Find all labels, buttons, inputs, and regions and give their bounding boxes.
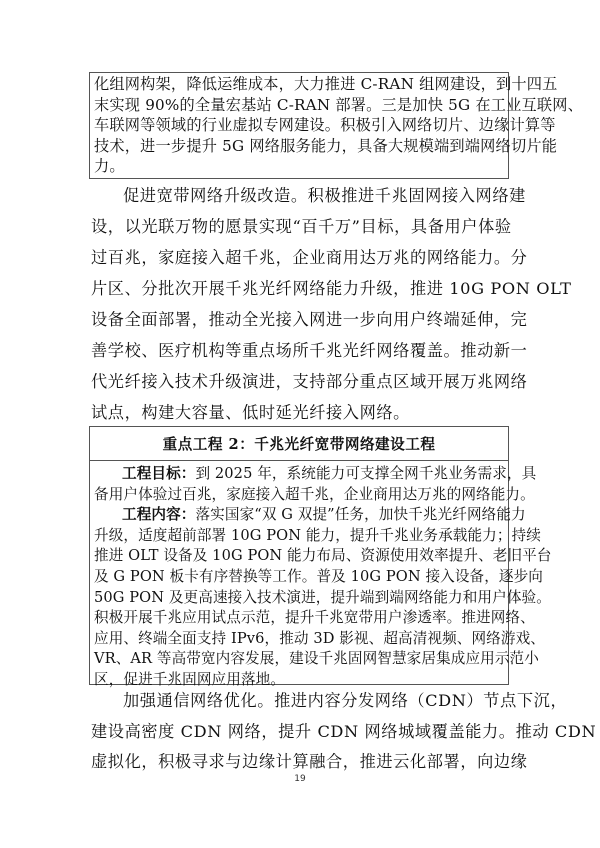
key-project-box: 重点工程 2：千兆光纤宽带网络建设工程 工程目标：到 2025 年，系统能力可支…	[89, 426, 509, 685]
project-content-text: 落实国家“双 G 双提”任务，加快千兆光纤网络能力	[195, 506, 525, 523]
box-text-line: 车联网等领域的行业虚拟专网建设。积极引入网络切片、边缘计算等	[94, 115, 504, 136]
project-goal-line: 备用户体验过百兆，家庭接入超千兆，企业商用达万兆的网络能力。	[94, 485, 504, 506]
paragraph-line: 设，以光联万物的愿景实现“百千万”目标，具备用户体验	[91, 211, 507, 242]
document-page: 化组网构架，降低运维成本，大力推进 C-RAN 组网建设，到十四五 末实现 90…	[0, 0, 600, 848]
box-text-line: 力。	[94, 156, 504, 177]
project-content-label: 工程内容：	[122, 506, 195, 523]
project-content-line: VR、AR 等高带宽内容发展，建设千兆固网智慧家居集成应用示范小	[94, 649, 504, 670]
project-content-line: 推进 OLT 设备及 10G PON 能力布局、资源使用效率提升、老旧平台	[94, 546, 504, 567]
project-content-line: 及 G PON 板卡有序替换等工作。普及 10G PON 接入设备，逐步向	[94, 567, 504, 588]
box-text-line: 末实现 90%的全量宏基站 C-RAN 部署。三是加快 5G 在工业互联网、	[94, 95, 504, 116]
key-project-title: 重点工程 2：千兆光纤宽带网络建设工程	[90, 427, 508, 461]
paragraph-line: 虚拟化，积极寻求与边缘计算融合，推进云化部署，向边缘	[91, 747, 507, 778]
paragraph-line: 试点，构建大容量、低时延光纤接入网络。	[91, 397, 507, 428]
paragraph-line: 加强通信网络优化。推进内容分发网络（CDN）节点下沉，	[91, 686, 507, 717]
project-content-line: 升级，适度超前部署 10G PON 能力，提升千兆业务承载能力；持续	[94, 526, 504, 547]
project-content-line: 工程内容：落实国家“双 G 双提”任务，加快千兆光纤网络能力	[94, 505, 504, 526]
paragraph-line: 促进宽带网络升级改造。积极推进千兆固网接入网络建	[91, 180, 507, 211]
box-text-line: 技术，进一步提升 5G 网络服务能力，具备大规模端到端网络切片能	[94, 136, 504, 157]
page-number: 19	[0, 774, 600, 784]
paragraph-network-optimization: 加强通信网络优化。推进内容分发网络（CDN）节点下沉， 建设高密度 CDN 网络…	[91, 686, 507, 778]
project-goal-text: 到 2025 年，系统能力可支撑全网千兆业务需求，具	[195, 465, 536, 482]
continuation-text-box: 化组网构架，降低运维成本，大力推进 C-RAN 组网建设，到十四五 末实现 90…	[89, 72, 509, 179]
project-goal-label: 工程目标：	[122, 465, 195, 482]
paragraph-line: 设备全面部署，推动全光接入网进一步向用户终端延伸，完	[91, 304, 507, 335]
key-project-body: 工程目标：到 2025 年，系统能力可支撑全网千兆业务需求，具 备用户体验过百兆…	[90, 461, 508, 691]
paragraph-line: 代光纤接入技术升级演进，支持部分重点区域开展万兆网络	[91, 366, 507, 397]
project-content-line: 应用、终端全面支持 IPv6，推动 3D 影视、超高清视频、网络游戏、	[94, 629, 504, 650]
project-content-line: 积极开展千兆应用试点示范，提升千兆宽带用户渗透率。推进网络、	[94, 608, 504, 629]
paragraph-line: 善学校、医疗机构等重点场所千兆光纤网络覆盖。推动新一	[91, 335, 507, 366]
project-goal-line: 工程目标：到 2025 年，系统能力可支撑全网千兆业务需求，具	[94, 464, 504, 485]
paragraph-broadband-upgrade: 促进宽带网络升级改造。积极推进千兆固网接入网络建 设，以光联万物的愿景实现“百千…	[91, 180, 507, 428]
project-content-line: 50G PON 及更高速接入技术演进，提升端到端网络能力和用户体验。	[94, 588, 504, 609]
paragraph-line: 建设高密度 CDN 网络，提升 CDN 网络城域覆盖能力。推动 CDN	[91, 717, 507, 748]
paragraph-line: 片区、分批次开展千兆光纤网络能力升级，推进 10G PON OLT	[91, 273, 507, 304]
box-text-line: 化组网构架，降低运维成本，大力推进 C-RAN 组网建设，到十四五	[94, 74, 504, 95]
paragraph-line: 过百兆，家庭接入超千兆，企业商用达万兆的网络能力。分	[91, 242, 507, 273]
